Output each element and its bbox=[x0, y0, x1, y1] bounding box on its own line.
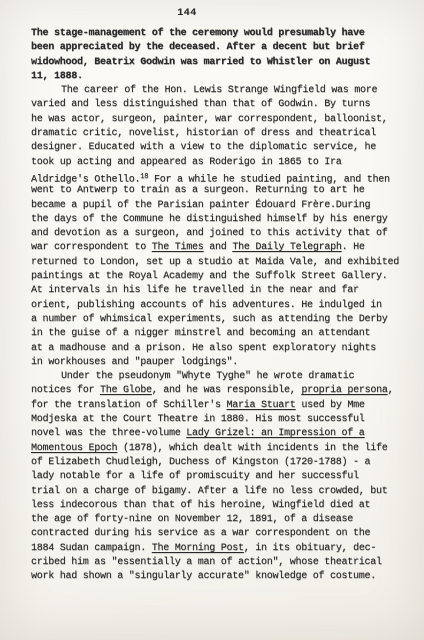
scanned-page: 144 The stage-management of the ceremony… bbox=[0, 0, 424, 640]
text-segment: orient, publishing accounts of his adven… bbox=[31, 300, 382, 311]
text-line: returned to London, set up a studio at M… bbox=[31, 256, 409, 270]
text-line: At intervals in his life he travelled in… bbox=[31, 284, 409, 298]
text-line: work had shown a "singularly accurate" k… bbox=[31, 570, 409, 584]
text-line: The stage-management of the ceremony wou… bbox=[31, 27, 409, 41]
text-line: war correspondent to The Times and The D… bbox=[31, 241, 409, 255]
text-segment: The stage-management of the ceremony wou… bbox=[31, 28, 365, 39]
underlined-text: Momentous Epoch bbox=[31, 443, 117, 454]
text-segment: trial on a charge of bigamy. After a lif… bbox=[31, 486, 388, 497]
text-line: contracted during his service as a war c… bbox=[31, 527, 409, 541]
text-segment: a number of whimsical experiments, such … bbox=[31, 314, 388, 325]
text-line: less indecorous than that of his heroine… bbox=[31, 499, 409, 513]
text-line: orient, publishing accounts of his adven… bbox=[31, 299, 409, 313]
text-segment: been appreciated by the deceased. After … bbox=[31, 42, 365, 53]
text-line: The career of the Hon. Lewis Strange Win… bbox=[31, 84, 409, 98]
text-segment: 1884 Sudan campaign. bbox=[31, 543, 152, 554]
paragraph: The career of the Hon. Lewis Strange Win… bbox=[31, 84, 409, 370]
text-segment: varied and less distinguished than that … bbox=[31, 99, 370, 110]
underlined-text: The Morning Post bbox=[152, 543, 244, 554]
underlined-text: The Daily Telegraph bbox=[232, 242, 341, 253]
text-line: cribed him as "essentially a man of acti… bbox=[31, 556, 409, 570]
text-segment: paintings at the Royal Academy and the S… bbox=[31, 271, 388, 282]
text-segment: At intervals in his life he travelled in… bbox=[31, 285, 359, 296]
text-segment: , bbox=[388, 385, 394, 396]
text-line: varied and less distinguished than that … bbox=[31, 98, 409, 112]
text-line: a number of whimsical experiments, such … bbox=[31, 313, 409, 327]
text-segment: widowhood, Beatrix Godwin was married to… bbox=[31, 57, 370, 68]
underlined-text: Lady Grizel: an Impression of a bbox=[186, 428, 364, 439]
text-segment: took up acting and appeared as Roderigo … bbox=[31, 157, 342, 168]
text-line: lady notable for a life of promiscuity a… bbox=[31, 470, 409, 484]
text-segment: at a madhouse and a prison. He also spen… bbox=[31, 343, 376, 354]
text-segment: and devotion as a surgeon, and joined to… bbox=[31, 228, 388, 239]
text-segment: in workhouses and "pauper lodgings". bbox=[31, 357, 238, 368]
text-segment: of Elizabeth Chudleigh, Duchess of Kings… bbox=[31, 457, 370, 468]
text-segment: dramatic critic, novelist, historian of … bbox=[31, 128, 376, 139]
text-line: Aldridge's Othello.18 For a while he stu… bbox=[31, 170, 409, 184]
text-line: widowhood, Beatrix Godwin was married to… bbox=[31, 56, 409, 70]
text-segment: work had shown a "singularly accurate" k… bbox=[31, 571, 376, 582]
text-line: for the translation of Schiller's Maria … bbox=[31, 399, 409, 413]
text-line: went to Antwerp to train as a surgeon. R… bbox=[31, 184, 409, 198]
paragraph: The stage-management of the ceremony wou… bbox=[31, 27, 409, 84]
text-segment: The career of the Hon. Lewis Strange Win… bbox=[61, 85, 377, 96]
underlined-text: Maria Stuart bbox=[227, 400, 296, 411]
text-segment: 11, 1888. bbox=[31, 71, 83, 82]
text-line: novel was the three-volume Lady Grizel: … bbox=[31, 427, 409, 441]
text-segment: used by Mme bbox=[296, 400, 365, 411]
text-line: in the guise of a nigger minstrel and be… bbox=[31, 327, 409, 341]
text-segment: novel was the three-volume bbox=[31, 428, 186, 439]
text-segment: (1878), which dealt with incidents in th… bbox=[117, 443, 387, 454]
text-segment: for the translation of Schiller's bbox=[31, 400, 227, 411]
text-line: in workhouses and "pauper lodgings". bbox=[31, 356, 409, 370]
text-line: 11, 1888. bbox=[31, 70, 409, 84]
text-line: notices for The Globe, and he was respon… bbox=[31, 384, 409, 398]
text-line: been appreciated by the deceased. After … bbox=[31, 41, 409, 55]
text-line: at a madhouse and a prison. He also spen… bbox=[31, 342, 409, 356]
text-line: Under the pseudonym "Whyte Tyghe" he wro… bbox=[31, 370, 409, 384]
underlined-text: The Globe bbox=[100, 385, 152, 396]
text-line: became a pupil of the Parisian painter É… bbox=[31, 199, 409, 213]
text-segment: and bbox=[204, 242, 233, 253]
text-segment: became a pupil of the Parisian painter É… bbox=[31, 200, 370, 211]
text-segment: the days of the Commune he distinguished… bbox=[31, 214, 388, 225]
text-line: 1884 Sudan campaign. The Morning Post, i… bbox=[31, 542, 409, 556]
text-segment: war correspondent to bbox=[31, 242, 152, 253]
text-segment: , in its obituary, dec- bbox=[244, 543, 376, 554]
text-line: he was actor, surgeon, painter, war corr… bbox=[31, 113, 409, 127]
text-segment: . He bbox=[342, 242, 365, 253]
page-number: 144 bbox=[0, 8, 374, 20]
text-segment: he was actor, surgeon, painter, war corr… bbox=[31, 114, 388, 125]
underlined-text: The Times bbox=[152, 242, 204, 253]
text-segment: the age of forty-nine on November 12, 18… bbox=[31, 514, 353, 525]
text-segment: , and he was responsible, bbox=[152, 385, 302, 396]
text-segment: notices for bbox=[31, 385, 100, 396]
text-segment: lady notable for a life of promiscuity a… bbox=[31, 471, 359, 482]
text-line: and devotion as a surgeon, and joined to… bbox=[31, 227, 409, 241]
text-line: designer. Educated with a view to the di… bbox=[31, 141, 409, 155]
text-line: paintings at the Royal Academy and the S… bbox=[31, 270, 409, 284]
text-segment: Modjeska at the Court Theatre in 1880. H… bbox=[31, 414, 365, 425]
text-line: took up acting and appeared as Roderigo … bbox=[31, 156, 409, 170]
text-segment: contracted during his service as a war c… bbox=[31, 528, 370, 539]
text-line: of Elizabeth Chudleigh, Duchess of Kings… bbox=[31, 456, 409, 470]
text-segment: returned to London, set up a studio at M… bbox=[31, 257, 399, 268]
text-line: trial on a charge of bigamy. After a lif… bbox=[31, 485, 409, 499]
text-segment: Under the pseudonym "Whyte Tyghe" he wro… bbox=[61, 371, 354, 382]
footnote-reference: 18 bbox=[140, 173, 148, 181]
text-segment: designer. Educated with a view to the di… bbox=[31, 142, 376, 153]
text-segment: in the guise of a nigger minstrel and be… bbox=[31, 328, 370, 339]
text-segment: went to Antwerp to train as a surgeon. R… bbox=[31, 185, 365, 196]
text-line: dramatic critic, novelist, historian of … bbox=[31, 127, 409, 141]
underlined-text: propria persona bbox=[301, 385, 387, 396]
text-line: the days of the Commune he distinguished… bbox=[31, 213, 409, 227]
body-text: The stage-management of the ceremony wou… bbox=[31, 27, 409, 585]
text-segment: cribed him as "essentially a man of acti… bbox=[31, 557, 382, 568]
text-line: the age of forty-nine on November 12, 18… bbox=[31, 513, 409, 527]
text-line: Momentous Epoch (1878), which dealt with… bbox=[31, 442, 409, 456]
paragraph: Under the pseudonym "Whyte Tyghe" he wro… bbox=[31, 370, 409, 584]
text-segment: less indecorous than that of his heroine… bbox=[31, 500, 370, 511]
text-line: Modjeska at the Court Theatre in 1880. H… bbox=[31, 413, 409, 427]
